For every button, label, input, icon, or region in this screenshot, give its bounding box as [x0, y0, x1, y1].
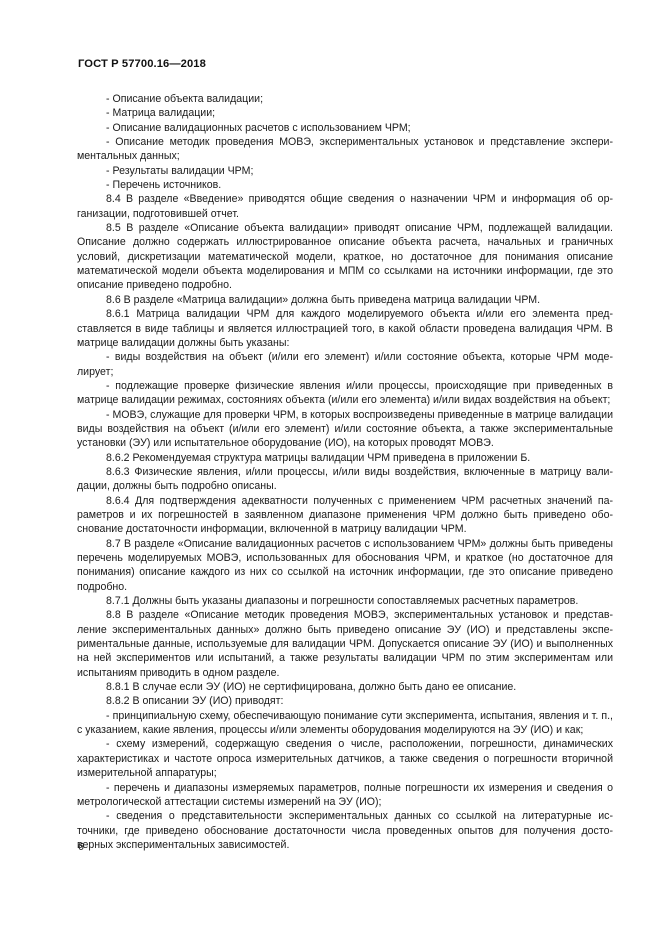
paragraph-8-8-2: 8.8.2 В описании ЭУ (ИО) приводят: [77, 694, 613, 708]
list-item: - перечень и диапазоны измеряемых параме… [77, 781, 613, 810]
page-number: 6 [78, 841, 84, 853]
list-item: - Описание методик проведения МОВЭ, эксп… [77, 135, 613, 164]
list-item: - МОВЭ, служащие для проверки ЧРМ, в кот… [77, 408, 613, 451]
paragraph-8-5: 8.5 В разделе «Описание объекта валидаци… [77, 221, 613, 293]
list-item: - Матрица валидации; [77, 106, 613, 120]
list-item: - подлежащие проверке физические явления… [77, 379, 613, 408]
paragraph-8-8: 8.8 В разделе «Описание методик проведен… [77, 608, 613, 680]
paragraph-8-4: 8.4 В разделе «Введение» приводятся общи… [77, 192, 613, 221]
paragraph-8-6-1: 8.6.1 Матрица валидации ЧРМ для каждого … [77, 307, 613, 350]
list-item: - Перечень источников. [77, 178, 613, 192]
paragraph-8-6-2: 8.6.2 Рекомендуемая структура матрицы ва… [77, 451, 613, 465]
paragraph-8-7-1: 8.7.1 Должны быть указаны диапазоны и по… [77, 594, 613, 608]
document-body: - Описание объекта валидации; - Матрица … [77, 92, 613, 852]
standard-header: ГОСТ Р 57700.16—2018 [78, 58, 206, 70]
list-item: - Результаты валидации ЧРМ; [77, 164, 613, 178]
document-page: ГОСТ Р 57700.16—2018 - Описание объекта … [0, 0, 661, 935]
list-item: - принципиальную схему, обеспечивающую п… [77, 709, 613, 738]
paragraph-8-6: 8.6 В разделе «Матрица валидации» должна… [77, 293, 613, 307]
paragraph-8-7: 8.7 В разделе «Описание валидационных ра… [77, 537, 613, 594]
list-item: - Описание валидационных расчетов с испо… [77, 121, 613, 135]
paragraph-8-8-1: 8.8.1 В случае если ЭУ (ИО) не сертифици… [77, 680, 613, 694]
list-item: - сведения о представительности эксперим… [77, 809, 613, 852]
paragraph-8-6-4: 8.6.4 Для подтверждения адекватности пол… [77, 494, 613, 537]
list-item: - схему измерений, содержащую сведения о… [77, 737, 613, 780]
list-item: - виды воздействия на объект (и/или его … [77, 350, 613, 379]
list-item: - Описание объекта валидации; [77, 92, 613, 106]
paragraph-8-6-3: 8.6.3 Физические явления, и/или процессы… [77, 465, 613, 494]
